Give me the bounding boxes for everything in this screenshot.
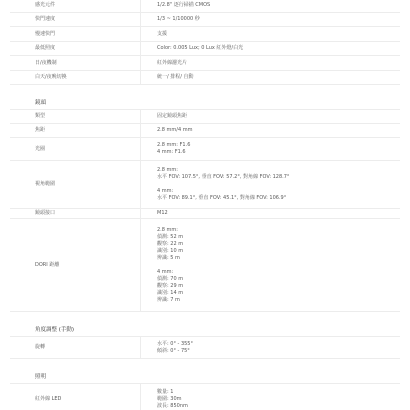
value-line: 辨識: 7 m (157, 297, 400, 304)
value-line: 識別: 14 m (157, 290, 400, 297)
spec-row-min-illumination: 最低照度 Color: 0.005 Lux; 0 Lux 紅外燈/白光 (10, 42, 400, 56)
spec-table-sensor: 感光元件 1/2.8" 逐行掃描 CMOS 快門速度 1/3 ~ 1/10000… (10, 0, 400, 85)
spec-label: 視角範圍 (10, 161, 141, 208)
value-line: 水平 FOV: 89.1°, 垂直 FOV: 45.1°, 對角線 FOV: 1… (157, 195, 400, 202)
spec-value: 數量: 1 範圍: 30m 波長: 850nm (141, 384, 400, 410)
value-line: 1/2.8" 逐行掃描 CMOS (157, 2, 400, 9)
section-title-lens: 鏡頭 (35, 98, 46, 106)
value-line: 數量: 1 (157, 389, 400, 396)
spec-value: 2.8 mm: 水平 FOV: 107.5°, 垂直 FOV: 57.2°, 對… (141, 161, 400, 208)
spec-row-shutter-speed: 快門速度 1/3 ~ 1/10000 秒 (10, 13, 400, 27)
spec-value: 紅外線濾光片 (141, 56, 400, 70)
spec-value: 統一/ 排程/ 自動 (141, 71, 400, 84)
value-line: 2.8 mm/4 mm (157, 127, 400, 134)
value-line: 偵測: 52 m (157, 234, 400, 241)
value-line: 識別: 10 m (157, 248, 400, 255)
value-gap (157, 262, 400, 269)
spec-value: 1/2.8" 逐行掃描 CMOS (141, 0, 400, 12)
value-line: 水平 FOV: 107.5°, 垂直 FOV: 57.2°, 對角線 FOV: … (157, 174, 400, 181)
value-line: 2.8 mm: (157, 167, 400, 174)
spec-table-lens: 類型 固定鏡頭焦距 焦距 2.8 mm/4 mm 光圈 2.8 mm: F1.6… (10, 110, 400, 312)
value-line: 統一/ 排程/ 自動 (157, 74, 400, 81)
spec-value: Color: 0.005 Lux; 0 Lux 紅外燈/白光 (141, 42, 400, 55)
value-line: 水平: 0° - 355° (157, 341, 400, 348)
spec-row-slow-shutter: 慢速快門 支援 (10, 27, 400, 42)
spec-row-aperture: 光圈 2.8 mm: F1.6 4 mm: F1.6 (10, 138, 400, 161)
spec-label: 感光元件 (10, 0, 141, 12)
value-line: 1/3 ~ 1/10000 秒 (157, 16, 400, 23)
value-line: 4 mm: (157, 269, 400, 276)
spec-page: 感光元件 1/2.8" 逐行掃描 CMOS 快門速度 1/3 ~ 1/10000… (0, 0, 410, 410)
value-line: 2.8 mm: (157, 227, 400, 234)
spec-label: 慢速快門 (10, 27, 141, 41)
spec-label: DORI 距離 (10, 219, 141, 311)
spec-label: 鏡頭接口 (10, 209, 141, 218)
spec-value: 2.8 mm/4 mm (141, 124, 400, 137)
spec-value: 支援 (141, 27, 400, 41)
spec-row-ir-led: 紅外線 LED 數量: 1 範圍: 30m 波長: 850nm (10, 384, 400, 410)
spec-value: 固定鏡頭焦距 (141, 110, 400, 123)
spec-row-rotation: 旋轉 水平: 0° - 355° 傾斜: 0° - 75° (10, 337, 400, 359)
spec-row-dori: DORI 距離 2.8 mm: 偵測: 52 m 觀察: 22 m 識別: 10… (10, 219, 400, 312)
value-line: 觀察: 29 m (157, 283, 400, 290)
spec-label: 快門速度 (10, 13, 141, 26)
spec-row-day-night-switch: 白天/夜晚切換 統一/ 排程/ 自動 (10, 71, 400, 85)
spec-row-focal-length: 焦距 2.8 mm/4 mm (10, 124, 400, 138)
value-line: 範圍: 30m (157, 396, 400, 403)
spec-value: M12 (141, 209, 400, 218)
spec-label: 紅外線 LED (10, 384, 141, 410)
spec-label: 旋轉 (10, 337, 141, 358)
spec-value: 1/3 ~ 1/10000 秒 (141, 13, 400, 26)
spec-table-illumination: 紅外線 LED 數量: 1 範圍: 30m 波長: 850nm (10, 384, 400, 410)
spec-value: 水平: 0° - 355° 傾斜: 0° - 75° (141, 337, 400, 358)
value-line: 波長: 850nm (157, 403, 400, 410)
value-gap (157, 181, 400, 188)
spec-row-lens-type: 類型 固定鏡頭焦距 (10, 110, 400, 124)
value-line: 2.8 mm: F1.6 (157, 142, 400, 149)
spec-label: 光圈 (10, 138, 141, 160)
spec-row-sensor: 感光元件 1/2.8" 逐行掃描 CMOS (10, 0, 400, 13)
spec-table-angle: 旋轉 水平: 0° - 355° 傾斜: 0° - 75° (10, 337, 400, 359)
spec-label: 最低照度 (10, 42, 141, 55)
value-line: Color: 0.005 Lux; 0 Lux 紅外燈/白光 (157, 45, 400, 52)
spec-label: 白天/夜晚切換 (10, 71, 141, 84)
value-line: 4 mm: F1.6 (157, 149, 400, 156)
value-line: 偵測: 70 m (157, 276, 400, 283)
section-title-illumination: 照明 (35, 372, 46, 380)
spec-label: 焦距 (10, 124, 141, 137)
value-line: 傾斜: 0° - 75° (157, 348, 400, 355)
value-line: 4 mm: (157, 188, 400, 195)
value-line: 觀察: 22 m (157, 241, 400, 248)
spec-row-day-night: 日/夜機制 紅外線濾光片 (10, 56, 400, 71)
value-line: 支援 (157, 31, 400, 38)
spec-label: 類型 (10, 110, 141, 123)
spec-label: 日/夜機制 (10, 56, 141, 70)
section-title-angle-adjustment: 角度調整 (手動) (35, 325, 74, 333)
value-line: 辨識: 5 m (157, 255, 400, 262)
value-line: 固定鏡頭焦距 (157, 113, 400, 120)
spec-value: 2.8 mm: F1.6 4 mm: F1.6 (141, 138, 400, 160)
spec-value: 2.8 mm: 偵測: 52 m 觀察: 22 m 識別: 10 m 辨識: 5… (141, 219, 400, 311)
spec-row-lens-mount: 鏡頭接口 M12 (10, 209, 400, 219)
spec-row-fov: 視角範圍 2.8 mm: 水平 FOV: 107.5°, 垂直 FOV: 57.… (10, 161, 400, 209)
value-line: M12 (157, 210, 400, 217)
value-line: 紅外線濾光片 (157, 60, 400, 67)
